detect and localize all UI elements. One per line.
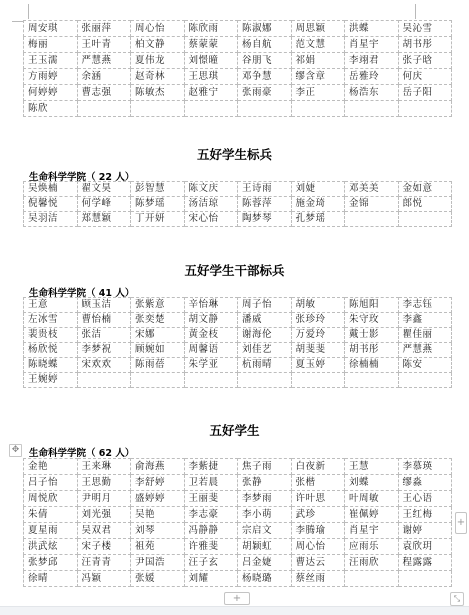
name-cell[interactable]: 张珍玲 <box>291 313 345 328</box>
table-move-handle-icon[interactable]: ✥ <box>9 444 22 457</box>
name-cell[interactable]: 范文慧 <box>291 37 345 53</box>
name-cell[interactable]: 汪雨欣 <box>345 555 399 571</box>
name-cell[interactable]: 洪武炫 <box>24 539 78 555</box>
name-cell[interactable]: 汪子玄 <box>184 555 238 571</box>
name-cell[interactable]: 翟文昊 <box>77 182 131 197</box>
name-cell[interactable]: 陈敏杰 <box>131 85 185 101</box>
name-cell[interactable] <box>398 212 452 227</box>
name-cell[interactable]: 裴贵枝 <box>24 328 78 343</box>
table-row: 吴羽洁郑慧颖丁开妍宋心怡陶梦琴孔梦瑶 <box>24 212 452 227</box>
name-cell[interactable] <box>398 373 452 388</box>
name-cell[interactable]: 王红梅 <box>398 507 452 523</box>
name-cell[interactable]: 潘威 <box>238 313 292 328</box>
name-table-continued: 周安琪张丽萍周心怡陈欣雨陈淑娜周思颖洪蝶吴沁雪梅丽王叶青柏文静蔡蒙蒙杨自航范文慧… <box>23 20 452 117</box>
name-cell[interactable]: 叶周敏 <box>345 491 399 507</box>
name-cell[interactable]: 陈晓蝶 <box>24 358 78 373</box>
name-cell[interactable]: 彭智慧 <box>131 182 185 197</box>
name-cell[interactable]: 盛婷婷 <box>131 491 185 507</box>
name-cell[interactable]: 万爱玲 <box>291 328 345 343</box>
table-row: 王婉婷 <box>24 373 452 388</box>
name-cell[interactable]: 金锦 <box>345 197 399 212</box>
name-cell[interactable]: 汤洁琼 <box>184 197 238 212</box>
name-cell[interactable] <box>345 373 399 388</box>
table-row: 周安琪张丽萍周心怡陈欣雨陈淑娜周思颖洪蝶吴沁雪 <box>24 21 452 37</box>
name-cell[interactable]: 周悦欣 <box>24 491 78 507</box>
name-cell[interactable]: 胡文静 <box>184 313 238 328</box>
name-cell[interactable]: 王玉濡 <box>24 53 78 69</box>
name-cell[interactable]: 夏玉婷 <box>291 358 345 373</box>
name-cell[interactable]: 蔡蒙蒙 <box>184 37 238 53</box>
name-cell[interactable]: 余涵 <box>77 69 131 85</box>
name-cell[interactable]: 顾玉洁 <box>77 298 131 313</box>
name-cell[interactable]: 程露露 <box>398 555 452 571</box>
name-cell[interactable] <box>184 101 238 117</box>
name-cell[interactable]: 张雨豪 <box>238 85 292 101</box>
name-cell[interactable]: 严慧燕 <box>77 53 131 69</box>
name-cell[interactable]: 冯颖 <box>77 571 131 587</box>
name-cell[interactable]: 刘琴 <box>131 523 185 539</box>
name-cell[interactable] <box>77 373 131 388</box>
name-cell[interactable]: 岳雅玲 <box>345 69 399 85</box>
name-cell[interactable]: 肖星宇 <box>345 37 399 53</box>
name-cell[interactable]: 祖苑 <box>131 539 185 555</box>
name-cell[interactable]: 谷朋飞 <box>238 53 292 69</box>
name-cell[interactable]: 周心怡 <box>291 539 345 555</box>
name-cell[interactable]: 戴士影 <box>345 328 399 343</box>
name-cell[interactable]: 陶梦琴 <box>238 212 292 227</box>
name-cell[interactable]: 李志钰 <box>398 298 452 313</box>
name-cell[interactable]: 赵奇林 <box>131 69 185 85</box>
name-cell[interactable]: 王心语 <box>398 491 452 507</box>
table-row: 王玉濡严慧燕夏伟龙刘憬曈谷朋飞祁娟李翊君张子晗 <box>24 53 452 69</box>
name-cell[interactable]: 何学峰 <box>77 197 131 212</box>
name-cell[interactable]: 王慧 <box>345 459 399 475</box>
add-column-button[interactable]: + <box>455 512 467 534</box>
name-cell[interactable]: 陈蓉萍 <box>238 197 292 212</box>
margin-corner-mark <box>28 4 29 19</box>
name-cell[interactable]: 李舒婷 <box>131 475 185 491</box>
table-row: 吕子怡王思勤李舒婷卫若晨张静张楷刘蝶缪淼 <box>24 475 452 491</box>
name-cell[interactable]: 张洁 <box>77 328 131 343</box>
name-cell[interactable]: 徐晴 <box>24 571 78 587</box>
name-cell[interactable]: 孔梦瑶 <box>291 212 345 227</box>
name-cell[interactable]: 倪馨悦 <box>24 197 78 212</box>
name-cell[interactable]: 崔佩婷 <box>345 507 399 523</box>
college-heading: 生命科学学院（ 62 人） <box>29 445 134 459</box>
name-cell[interactable]: 严慧燕 <box>398 343 452 358</box>
name-cell[interactable]: 曹志强 <box>77 85 131 101</box>
name-cell[interactable]: 顾婉如 <box>131 343 185 358</box>
name-cell[interactable]: 焦子雨 <box>238 459 292 475</box>
name-cell[interactable]: 刘耀 <box>184 571 238 587</box>
table-row: 何婷婷曹志强陈敏杰赵雅宁张雨豪李正杨浩东岳子阳 <box>24 85 452 101</box>
name-cell[interactable]: 汪青青 <box>77 555 131 571</box>
name-cell[interactable]: 辛怡琳 <box>184 298 238 313</box>
table-row: 洪武炫宋子楼祖苑许雅斐胡颖虹周心怡应雨乐袁欣玥 <box>24 539 452 555</box>
name-cell[interactable]: 胡书彤 <box>345 343 399 358</box>
name-cell[interactable]: 陈淑娜 <box>238 21 292 37</box>
name-cell[interactable]: 肖星宇 <box>345 523 399 539</box>
name-cell[interactable]: 施金琦 <box>291 197 345 212</box>
table-row: 金艳王来琳俞海燕李紫捷焦子雨白夜新王慧李慕瑛 <box>24 459 452 475</box>
name-cell[interactable]: 王婉婷 <box>24 373 78 388</box>
name-cell[interactable]: 朱学亚 <box>184 358 238 373</box>
table-row: 左冰雪曹怡楠张奕楚胡文静潘威张珍玲朱守玫李鑫 <box>24 313 452 328</box>
table-row: 徐晴冯颖张媛刘耀杨晓璐蔡丝雨 <box>24 571 452 587</box>
name-cell[interactable]: 李腾瑜 <box>291 523 345 539</box>
name-cell[interactable]: 曹达云 <box>291 555 345 571</box>
name-cell[interactable]: 周思颖 <box>291 21 345 37</box>
name-cell[interactable]: 许叶思 <box>291 491 345 507</box>
name-cell[interactable]: 冯静静 <box>184 523 238 539</box>
name-cell[interactable]: 周安琪 <box>24 21 78 37</box>
name-cell[interactable]: 陈文庆 <box>184 182 238 197</box>
name-cell[interactable]: 瞿佳丽 <box>398 328 452 343</box>
name-cell[interactable]: 吴双君 <box>77 523 131 539</box>
name-cell[interactable]: 吴艳 <box>131 507 185 523</box>
name-cell[interactable]: 宋心怡 <box>184 212 238 227</box>
name-cell[interactable]: 徐楠楠 <box>345 358 399 373</box>
name-cell[interactable]: 吕金婕 <box>238 555 292 571</box>
name-cell[interactable]: 李翊君 <box>345 53 399 69</box>
name-cell[interactable]: 张紫意 <box>131 298 185 313</box>
name-cell[interactable]: 洪蝶 <box>345 21 399 37</box>
name-cell[interactable]: 杨自航 <box>238 37 292 53</box>
name-cell[interactable]: 谢海伦 <box>238 328 292 343</box>
name-cell[interactable]: 李正 <box>291 85 345 101</box>
name-cell[interactable]: 李志豪 <box>184 507 238 523</box>
name-cell[interactable]: 何庆 <box>398 69 452 85</box>
name-cell[interactable]: 郎悦 <box>398 197 452 212</box>
name-cell[interactable] <box>238 373 292 388</box>
name-cell[interactable]: 缪含章 <box>291 69 345 85</box>
table-row: 陈欣 <box>24 101 452 117</box>
table-row: 倪馨悦何学峰陈梦瑶汤洁琼陈蓉萍施金琦金锦郎悦 <box>24 197 452 212</box>
name-cell[interactable]: 郑慧颖 <box>77 212 131 227</box>
name-cell[interactable]: 杨欣悦 <box>24 343 78 358</box>
add-row-button[interactable]: + <box>224 592 250 605</box>
name-cell[interactable]: 吕子怡 <box>24 475 78 491</box>
margin-corner-mark <box>415 4 416 19</box>
table-row: 梅丽王叶青柏文静蔡蒙蒙杨自航范文慧肖星宇胡书彤 <box>24 37 452 53</box>
name-cell[interactable]: 刘憬曈 <box>184 53 238 69</box>
name-cell[interactable]: 卫若晨 <box>184 475 238 491</box>
name-table-good-students: 金艳王来琳俞海燕李紫捷焦子雨白夜新王慧李慕瑛吕子怡王思勤李舒婷卫若晨张静张楷刘蝶… <box>23 458 452 587</box>
name-cell[interactable]: 宗启文 <box>238 523 292 539</box>
margin-corner-mark <box>12 21 23 22</box>
name-cell[interactable]: 李梦祝 <box>77 343 131 358</box>
name-cell[interactable]: 张子晗 <box>398 53 452 69</box>
name-cell[interactable]: 梅丽 <box>24 37 78 53</box>
table-row: 王意顾玉洁张紫意辛怡琳周子怡胡敏陈旭阳李志钰 <box>24 298 452 313</box>
table-row: 裴贵枝张洁宋娜黄金枝谢海伦万爱玲戴士影瞿佳丽 <box>24 328 452 343</box>
name-cell[interactable]: 宋子楼 <box>77 539 131 555</box>
name-cell[interactable]: 陈旭阳 <box>345 298 399 313</box>
name-cell[interactable]: 周馨语 <box>184 343 238 358</box>
name-cell[interactable]: 李小萌 <box>238 507 292 523</box>
name-cell[interactable]: 吴羽洁 <box>24 212 78 227</box>
name-cell[interactable]: 蔡丝雨 <box>291 571 345 587</box>
name-cell[interactable] <box>345 212 399 227</box>
name-cell[interactable]: 邓争慧 <box>238 69 292 85</box>
name-cell[interactable]: 谢婷 <box>398 523 452 539</box>
name-cell[interactable]: 朱倩 <box>24 507 78 523</box>
name-cell[interactable]: 丁开妍 <box>131 212 185 227</box>
name-cell[interactable]: 陈欣 <box>24 101 78 117</box>
table-row: 吴焕楠翟文昊彭智慧陈文庆王诗雨刘婕邓美美金如意 <box>24 182 452 197</box>
name-cell[interactable]: 刘佳艺 <box>238 343 292 358</box>
name-cell[interactable]: 武珍 <box>291 507 345 523</box>
table-row: 周悦欣尹明月盛婷婷王丽斐李梦雨许叶思叶周敏王心语 <box>24 491 452 507</box>
name-cell[interactable]: 方雨婷 <box>24 69 78 85</box>
name-cell[interactable]: 夏星雨 <box>24 523 78 539</box>
name-cell[interactable]: 夏伟龙 <box>131 53 185 69</box>
name-cell[interactable]: 胡书彤 <box>398 37 452 53</box>
name-cell[interactable]: 金艳 <box>24 459 78 475</box>
name-table-model-cadres: 王意顾玉洁张紫意辛怡琳周子怡胡敏陈旭阳李志钰左冰雪曹怡楠张奕楚胡文静潘威张珍玲朱… <box>23 297 452 388</box>
name-cell[interactable]: 李鑫 <box>398 313 452 328</box>
name-cell[interactable]: 陈欣雨 <box>184 21 238 37</box>
name-cell[interactable] <box>131 373 185 388</box>
name-cell[interactable]: 王丽斐 <box>184 491 238 507</box>
name-cell[interactable]: 王思勤 <box>77 475 131 491</box>
name-cell[interactable]: 朱守玫 <box>345 313 399 328</box>
name-cell[interactable]: 宋欢欢 <box>77 358 131 373</box>
name-cell[interactable]: 王诗雨 <box>238 182 292 197</box>
section-title-model-cadres: 五好学生干部标兵 <box>0 261 469 279</box>
table-row: 方雨婷余涵赵奇林王思琪邓争慧缪含章岳雅玲何庆 <box>24 69 452 85</box>
name-cell[interactable] <box>77 101 131 117</box>
table-resize-handle-icon[interactable]: ⤡ <box>450 592 464 606</box>
name-cell[interactable]: 柏文静 <box>131 37 185 53</box>
name-cell[interactable]: 王意 <box>24 298 78 313</box>
name-cell[interactable]: 邓美美 <box>345 182 399 197</box>
name-cell[interactable]: 金如意 <box>398 182 452 197</box>
table-row: 夏星雨吴双君刘琴冯静静宗启文李腾瑜肖星宇谢婷 <box>24 523 452 539</box>
name-cell[interactable]: 缪淼 <box>398 475 452 491</box>
name-cell[interactable] <box>291 373 345 388</box>
name-cell[interactable]: 吴沁雪 <box>398 21 452 37</box>
name-cell[interactable]: 王叶青 <box>77 37 131 53</box>
name-cell[interactable] <box>291 101 345 117</box>
name-cell[interactable]: 赵雅宁 <box>184 85 238 101</box>
name-cell[interactable]: 黄金枝 <box>184 328 238 343</box>
name-cell[interactable]: 白夜新 <box>291 459 345 475</box>
name-cell[interactable] <box>398 101 452 117</box>
name-cell[interactable]: 吴焕楠 <box>24 182 78 197</box>
name-cell[interactable] <box>238 101 292 117</box>
name-cell[interactable]: 尹明月 <box>77 491 131 507</box>
name-cell[interactable]: 祁娟 <box>291 53 345 69</box>
table-row: 杨欣悦李梦祝顾婉如周馨语刘佳艺胡斐斐胡书彤严慧燕 <box>24 343 452 358</box>
name-cell[interactable] <box>184 373 238 388</box>
name-cell[interactable]: 王来琳 <box>77 459 131 475</box>
name-cell[interactable] <box>345 571 399 587</box>
name-cell[interactable]: 李慕瑛 <box>398 459 452 475</box>
name-cell[interactable]: 刘光强 <box>77 507 131 523</box>
page-gap <box>0 606 469 615</box>
name-cell[interactable]: 胡颖虹 <box>238 539 292 555</box>
name-cell[interactable]: 周心怡 <box>131 21 185 37</box>
name-cell[interactable]: 杨晓璐 <box>238 571 292 587</box>
name-table-model-students: 吴焕楠翟文昊彭智慧陈文庆王诗雨刘婕邓美美金如意倪馨悦何学峰陈梦瑶汤洁琼陈蓉萍施金… <box>23 181 452 227</box>
name-cell[interactable]: 刘蝶 <box>345 475 399 491</box>
table-row: 陈晓蝶宋欢欢陈雨蓓朱学亚杭雨晴夏玉婷徐楠楠陈安 <box>24 358 452 373</box>
name-cell[interactable]: 袁欣玥 <box>398 539 452 555</box>
name-cell[interactable]: 张丽萍 <box>77 21 131 37</box>
name-cell[interactable]: 尹国浩 <box>131 555 185 571</box>
name-cell[interactable]: 胡敏 <box>291 298 345 313</box>
name-cell[interactable]: 张楷 <box>291 475 345 491</box>
name-cell[interactable]: 张媛 <box>131 571 185 587</box>
document-page: 周安琪张丽萍周心怡陈欣雨陈淑娜周思颖洪蝶吴沁雪梅丽王叶青柏文静蔡蒙蒙杨自航范文慧… <box>0 0 469 606</box>
name-cell[interactable]: 杨浩东 <box>345 85 399 101</box>
name-cell[interactable]: 张奕楚 <box>131 313 185 328</box>
name-cell[interactable]: 杭雨晴 <box>238 358 292 373</box>
name-cell[interactable]: 宋娜 <box>131 328 185 343</box>
name-cell[interactable]: 岳子阳 <box>398 85 452 101</box>
table-row: 朱倩刘光强吴艳李志豪李小萌武珍崔佩婷王红梅 <box>24 507 452 523</box>
name-cell[interactable]: 陈雨蓓 <box>131 358 185 373</box>
name-cell[interactable]: 张梦邱 <box>24 555 78 571</box>
name-cell[interactable]: 王思琪 <box>184 69 238 85</box>
name-cell[interactable]: 张静 <box>238 475 292 491</box>
section-title-model-students: 五好学生标兵 <box>0 145 469 163</box>
name-cell[interactable]: 许雅斐 <box>184 539 238 555</box>
name-cell[interactable]: 俞海燕 <box>131 459 185 475</box>
name-cell[interactable]: 应雨乐 <box>345 539 399 555</box>
name-cell[interactable]: 陈梦瑶 <box>131 197 185 212</box>
name-cell[interactable] <box>398 571 452 587</box>
name-cell[interactable]: 陈安 <box>398 358 452 373</box>
name-cell[interactable]: 何婷婷 <box>24 85 78 101</box>
name-cell[interactable]: 曹怡楠 <box>77 313 131 328</box>
section-title-good-students: 五好学生 <box>0 421 469 439</box>
name-cell[interactable]: 刘婕 <box>291 182 345 197</box>
name-cell[interactable] <box>345 101 399 117</box>
table-row: 张梦邱汪青青尹国浩汪子玄吕金婕曹达云汪雨欣程露露 <box>24 555 452 571</box>
name-cell[interactable]: 左冰雪 <box>24 313 78 328</box>
name-cell[interactable]: 胡斐斐 <box>291 343 345 358</box>
name-cell[interactable]: 李梦雨 <box>238 491 292 507</box>
name-cell[interactable]: 李紫捷 <box>184 459 238 475</box>
name-cell[interactable]: 周子怡 <box>238 298 292 313</box>
name-cell[interactable] <box>131 101 185 117</box>
